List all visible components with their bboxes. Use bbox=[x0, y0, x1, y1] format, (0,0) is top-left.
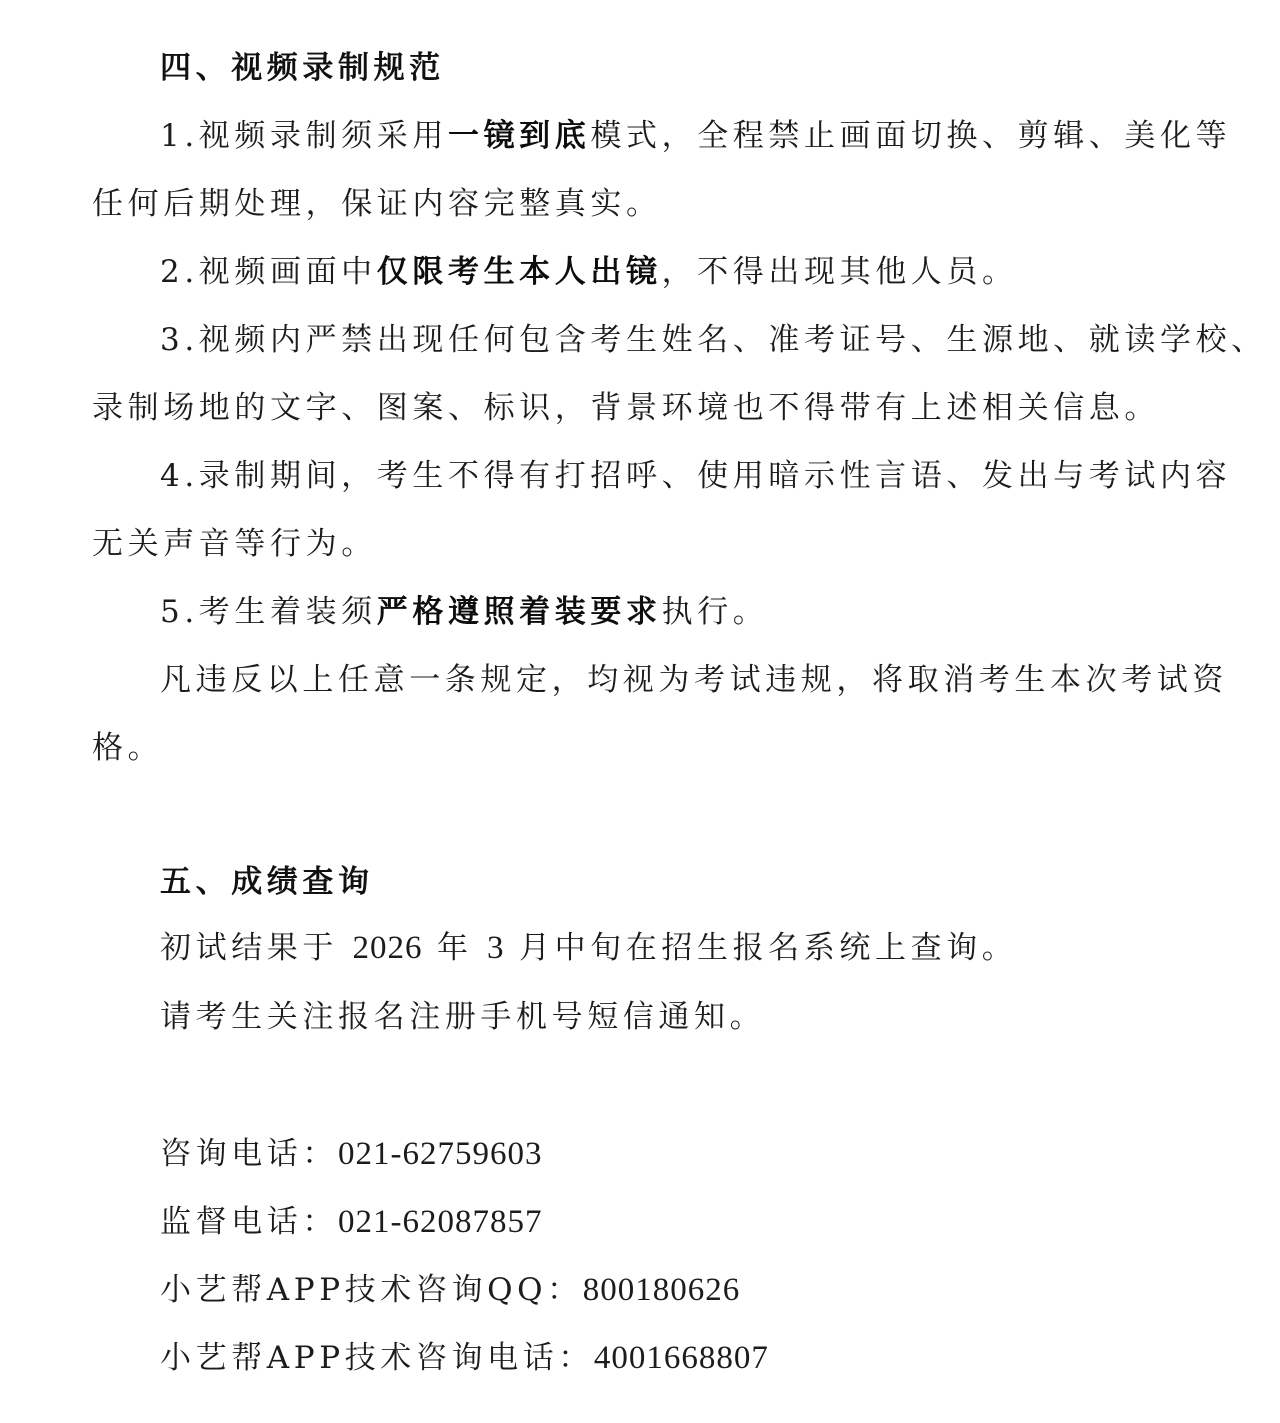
contact-value: 800180626 bbox=[583, 1272, 741, 1308]
rule-2-prefix: 2.视频画面中 bbox=[160, 254, 377, 290]
rule-3-line-1: 3.视频内严禁出现任何包含考生姓名、准考证号、生源地、就读学校、 bbox=[0, 306, 1280, 374]
results-year: 2026 bbox=[352, 930, 422, 966]
document-page: 四、视频录制规范 1.视频录制须采用一镜到底模式，全程禁止画面切换、剪辑、美化等… bbox=[0, 0, 1280, 1423]
contact-value: 021-62759603 bbox=[338, 1136, 543, 1172]
contact-value: 021-62087857 bbox=[338, 1204, 543, 1240]
rule-2: 2.视频画面中仅限考生本人出镜，不得出现其他人员。 bbox=[0, 238, 1280, 306]
rule-1-line-2: 任何后期处理，保证内容完整真实。 bbox=[0, 170, 1280, 238]
violation-note-line-2: 格。 bbox=[0, 714, 1280, 782]
rule-4-line-2: 无关声音等行为。 bbox=[0, 510, 1280, 578]
rule-5: 5.考生着装须严格遵照着装要求执行。 bbox=[0, 578, 1280, 646]
rule-5-prefix: 5.考生着装须 bbox=[160, 594, 377, 630]
rule-5-suffix: 执行。 bbox=[662, 594, 769, 630]
rule-5-emphasis: 严格遵照着装要求 bbox=[377, 594, 662, 630]
rule-1-emphasis: 一镜到底 bbox=[448, 118, 590, 154]
results-query-date: 初试结果于 2026 年 3 月中旬在招生报名系统上查询。 bbox=[0, 914, 1280, 982]
section-4-heading: 四、视频录制规范 bbox=[0, 34, 1280, 102]
rule-2-emphasis: 仅限考生本人出镜 bbox=[377, 254, 662, 290]
contact-label: 监督电话： bbox=[160, 1204, 338, 1240]
contact-label: 咨询电话： bbox=[160, 1136, 338, 1172]
rule-1-line-1: 1.视频录制须采用一镜到底模式，全程禁止画面切换、剪辑、美化等 bbox=[0, 102, 1280, 170]
results-suffix: 月中旬在招生报名系统上查询。 bbox=[519, 930, 1017, 966]
results-month: 3 bbox=[487, 930, 505, 966]
contact-label: 小艺帮APP技术咨询电话： bbox=[160, 1340, 594, 1376]
rule-1-suffix: 模式，全程禁止画面切换、剪辑、美化等 bbox=[590, 118, 1231, 154]
results-year-unit: 年 bbox=[437, 930, 473, 966]
violation-note-line-1: 凡违反以上任意一条规定，均视为考试违规，将取消考生本次考试资 bbox=[0, 646, 1280, 714]
contact-supervision-phone: 监督电话：021-62087857 bbox=[0, 1188, 1280, 1256]
rule-2-suffix: ，不得出现其他人员。 bbox=[662, 254, 1018, 290]
contact-app-qq: 小艺帮APP技术咨询QQ：800180626 bbox=[0, 1256, 1280, 1324]
results-prefix: 初试结果于 bbox=[160, 930, 338, 966]
contact-value: 4001668807 bbox=[594, 1340, 769, 1376]
rule-3-line-2: 录制场地的文字、图案、标识，背景环境也不得带有上述相关信息。 bbox=[0, 374, 1280, 442]
section-5-heading: 五、成绩查询 bbox=[0, 848, 1280, 916]
contact-app-phone: 小艺帮APP技术咨询电话：4001668807 bbox=[0, 1324, 1280, 1392]
sms-notice: 请考生关注报名注册手机号短信通知。 bbox=[0, 983, 1280, 1051]
contact-consult-phone: 咨询电话：021-62759603 bbox=[0, 1120, 1280, 1188]
contact-label: 小艺帮APP技术咨询QQ： bbox=[160, 1272, 583, 1308]
rule-1-prefix: 1.视频录制须采用 bbox=[160, 118, 448, 154]
rule-4-line-1: 4.录制期间，考生不得有打招呼、使用暗示性言语、发出与考试内容 bbox=[0, 442, 1280, 510]
